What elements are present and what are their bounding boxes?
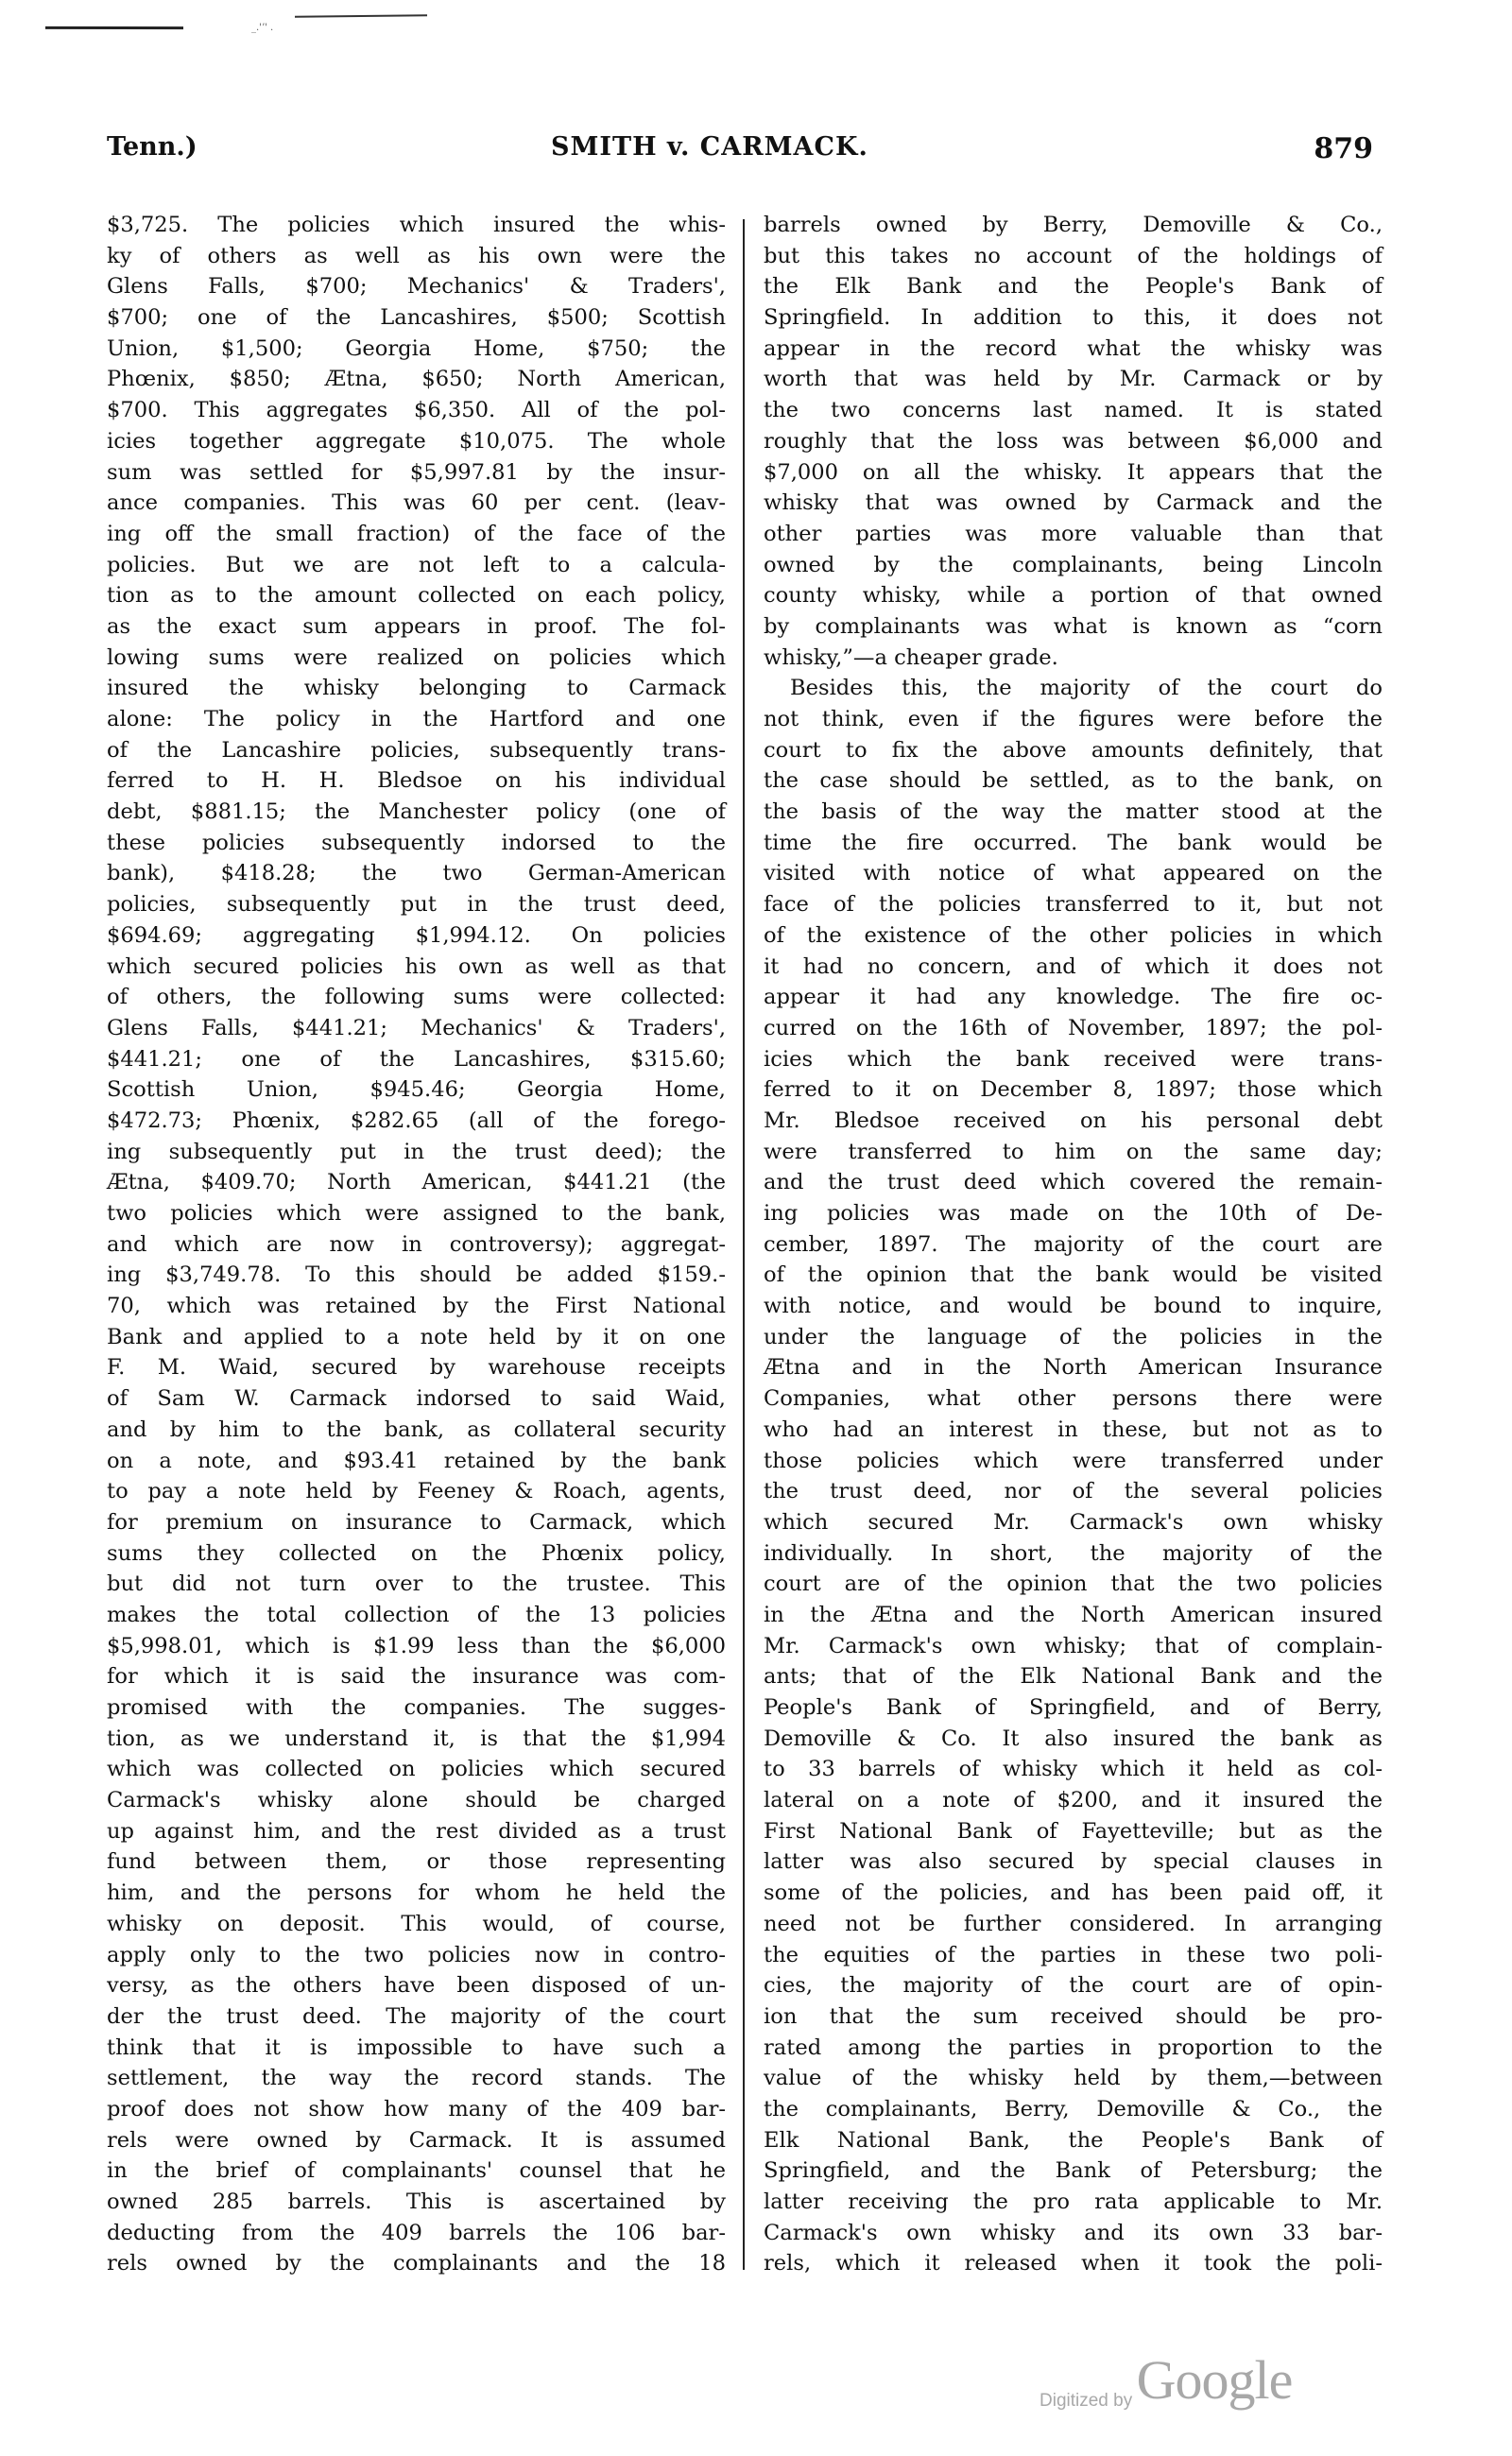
text-line: Springfield, and the Bank of Petersburg;… (764, 2155, 1383, 2187)
text-line: Ætna, $409.70; North American, $441.21 (… (107, 1167, 726, 1198)
text-line: rels, which it released when it took the… (764, 2248, 1383, 2279)
text-line: were transferred to him on the same day; (764, 1137, 1383, 1168)
text-line: in the brief of complainants' counsel th… (107, 2155, 726, 2187)
text-line: debt, $881.15; the Manchester policy (on… (107, 797, 726, 828)
text-line: Union, $1,500; Georgia Home, $750; the (107, 334, 726, 365)
text-line: ants; that of the Elk National Bank and … (764, 1661, 1383, 1692)
text-line: $7,000 on all the whisky. It appears tha… (764, 457, 1383, 489)
text-line: owned 285 barrels. This is ascertained b… (107, 2187, 726, 2218)
text-line: proof does not show how many of the 409 … (107, 2094, 726, 2125)
text-line: Bank and applied to a note held by it on… (107, 1322, 726, 1353)
right-text-column: barrels owned by Berry, Demoville & Co.,… (764, 210, 1383, 2279)
text-line: for which it is said the insurance was c… (107, 1661, 726, 1692)
text-line: Carmack's whisky alone should be charged (107, 1785, 726, 1816)
text-line: ing $3,749.78. To this should be added $… (107, 1260, 726, 1291)
text-line: whisky that was owned by Carmack and the (764, 488, 1383, 519)
text-line: court to fix the above amounts definitel… (764, 735, 1383, 766)
text-line: apply only to the two policies now in co… (107, 1940, 726, 1971)
text-line: to pay a note held by Feeney & Roach, ag… (107, 1476, 726, 1507)
text-line: der the trust deed. The majority of the … (107, 2001, 726, 2033)
text-line: deducting from the 409 barrels the 106 b… (107, 2218, 726, 2249)
text-line: 70, which was retained by the First Nati… (107, 1291, 726, 1322)
text-line: the Elk Bank and the People's Bank of (764, 271, 1383, 302)
text-line: $472.73; Phœnix, $282.65 (all of the for… (107, 1106, 726, 1137)
text-line: whisky on deposit. This would, of course… (107, 1909, 726, 1940)
text-line: tion as to the amount collected on each … (107, 580, 726, 611)
header-jurisdiction: Tenn.) (107, 132, 198, 162)
text-line: Scottish Union, $945.46; Georgia Home, (107, 1074, 726, 1106)
scan-artifact-line-left (45, 26, 183, 29)
text-line: Elk National Bank, the People's Bank of (764, 2125, 1383, 2156)
text-line: of others, the following sums were colle… (107, 982, 726, 1013)
text-line: under the language of the policies in th… (764, 1322, 1383, 1353)
text-line: icies which the bank received were trans… (764, 1044, 1383, 1075)
text-line: cember, 1897. The majority of the court … (764, 1229, 1383, 1261)
text-line: the case should be settled, as to the ba… (764, 765, 1383, 797)
text-line: the two concerns last named. It is state… (764, 395, 1383, 426)
text-line: $5,998.01, which is $1.99 less than the … (107, 1631, 726, 1662)
text-line: two policies which were assigned to the … (107, 1198, 726, 1229)
text-line: and which are now in controversy); aggre… (107, 1229, 726, 1261)
text-line: Mr. Carmack's own whisky; that of compla… (764, 1631, 1383, 1662)
text-line: F. M. Waid, secured by warehouse receipt… (107, 1352, 726, 1383)
text-line: $694.69; aggregating $1,994.12. On polic… (107, 920, 726, 952)
text-line: Ætna and in the North American Insurance (764, 1352, 1383, 1383)
text-line: rels were owned by Carmack. It is assume… (107, 2125, 726, 2156)
text-line: but this takes no account of the holding… (764, 241, 1383, 272)
text-line: time the fire occurred. The bank would b… (764, 828, 1383, 859)
text-line: up against him, and the rest divided as … (107, 1816, 726, 1847)
text-line: which secured policies his own as well a… (107, 952, 726, 983)
text-line: worth that was held by Mr. Carmack or by (764, 364, 1383, 395)
digitized-by-google-watermark: Digitized by Google (1039, 2348, 1292, 2412)
text-line: value of the whisky held by them,—betwee… (764, 2063, 1383, 2094)
text-line: roughly that the loss was between $6,000… (764, 426, 1383, 457)
text-line: Springfield. In addition to this, it doe… (764, 302, 1383, 334)
text-line: of the Lancashire policies, subsequently… (107, 735, 726, 766)
text-line: as the exact sum appears in proof. The f… (107, 611, 726, 643)
text-line: barrels owned by Berry, Demoville & Co., (764, 210, 1383, 241)
text-line: those policies which were transferred un… (764, 1446, 1383, 1477)
text-line: of the opinion that the bank would be vi… (764, 1260, 1383, 1291)
text-line: $441.21; one of the Lancashires, $315.60… (107, 1044, 726, 1075)
text-line: lateral on a note of $200, and it insure… (764, 1785, 1383, 1816)
text-line: latter receiving the pro rata applicable… (764, 2187, 1383, 2218)
left-text-column: $3,725. The policies which insured the w… (107, 210, 726, 2279)
header-case-title: SMITH v. CARMACK. (551, 132, 868, 162)
text-line: the equities of the parties in these two… (764, 1940, 1383, 1971)
text-line: ky of others as well as his own were the (107, 241, 726, 272)
text-line: by complainants was what is known as “co… (764, 611, 1383, 643)
text-line: think that it is impossible to have such… (107, 2033, 726, 2064)
text-line: need not be further considered. In arran… (764, 1909, 1383, 1940)
text-line: who had an interest in these, but not as… (764, 1415, 1383, 1446)
text-line: lowing sums were realized on policies wh… (107, 643, 726, 674)
text-line: owned by the complainants, being Lincoln (764, 550, 1383, 581)
text-line: of the existence of the other policies i… (764, 920, 1383, 952)
text-line: in the Ætna and the North American insur… (764, 1600, 1383, 1631)
text-line: it had no concern, and of which it does … (764, 952, 1383, 983)
text-line: other parties was more valuable than tha… (764, 519, 1383, 550)
text-line: Besides this, the majority of the court … (764, 673, 1383, 704)
text-line: and the trust deed which covered the rem… (764, 1167, 1383, 1198)
text-line: the trust deed, nor of the several polic… (764, 1476, 1383, 1507)
text-line: $700. This aggregates $6,350. All of the… (107, 395, 726, 426)
text-line: some of the policies, and has been paid … (764, 1878, 1383, 1909)
text-line: the complainants, Berry, Demoville & Co.… (764, 2094, 1383, 2125)
column-divider (743, 219, 745, 2270)
text-line: which secured Mr. Carmack's own whisky (764, 1507, 1383, 1538)
text-line: sums they collected on the Phœnix policy… (107, 1538, 726, 1570)
text-line: Glens Falls, $700; Mechanics' & Traders'… (107, 271, 726, 302)
page-number: 879 (1314, 132, 1373, 165)
text-line: tion, as we understand it, is that the $… (107, 1724, 726, 1755)
text-line: of Sam W. Carmack indorsed to said Waid, (107, 1383, 726, 1415)
text-line: curred on the 16th of November, 1897; th… (764, 1013, 1383, 1044)
watermark-prefix: Digitized by (1039, 2391, 1132, 2411)
text-line: not think, even if the figures were befo… (764, 704, 1383, 735)
text-line: whisky,”—a cheaper grade. (764, 643, 1383, 674)
text-line: but did not turn over to the trustee. Th… (107, 1569, 726, 1600)
text-line: on a note, and $93.41 retained by the ba… (107, 1446, 726, 1477)
text-line: rels owned by the complainants and the 1… (107, 2248, 726, 2279)
text-line: Carmack's own whisky and its own 33 bar- (764, 2218, 1383, 2249)
text-line: policies, subsequently put in the trust … (107, 889, 726, 920)
text-line: the basis of the way the matter stood at… (764, 797, 1383, 828)
text-line: Demoville & Co. It also insured the bank… (764, 1724, 1383, 1755)
text-line: ance companies. This was 60 per cent. (l… (107, 488, 726, 519)
google-logo-text: Google (1137, 2349, 1293, 2411)
text-line: makes the total collection of the 13 pol… (107, 1600, 726, 1631)
text-line: visited with notice of what appeared on … (764, 858, 1383, 889)
text-line: appear in the record what the whisky was (764, 334, 1383, 365)
text-line: Glens Falls, $441.21; Mechanics' & Trade… (107, 1013, 726, 1044)
text-line: $700; one of the Lancashires, $500; Scot… (107, 302, 726, 334)
text-line: latter was also secured by special claus… (764, 1846, 1383, 1878)
text-line: sum was settled for $5,997.81 by the ins… (107, 457, 726, 489)
text-line: to 33 barrels of whisky which it held as… (764, 1754, 1383, 1785)
text-line: county whisky, while a portion of that o… (764, 580, 1383, 611)
text-line: rated among the parties in proportion to… (764, 2033, 1383, 2064)
text-line: appear it had any knowledge. The fire oc… (764, 982, 1383, 1013)
text-line: $3,725. The policies which insured the w… (107, 210, 726, 241)
text-line: icies together aggregate $10,075. The wh… (107, 426, 726, 457)
text-line: Mr. Bledsoe received on his personal deb… (764, 1106, 1383, 1137)
running-header: Tenn.) SMITH v. CARMACK. 879 (107, 132, 1383, 170)
text-line: him, and the persons for whom he held th… (107, 1878, 726, 1909)
text-line: bank), $418.28; the two German-American (107, 858, 726, 889)
text-line: court are of the opinion that the two po… (764, 1569, 1383, 1600)
text-line: these policies subsequently indorsed to … (107, 828, 726, 859)
scan-artifact-line-right (295, 14, 427, 17)
text-line: alone: The policy in the Hartford and on… (107, 704, 726, 735)
text-line: ing subsequently put in the trust deed);… (107, 1137, 726, 1168)
scan-artifact-mark: _.'ʼ' . (251, 23, 273, 33)
text-line: for premium on insurance to Carmack, whi… (107, 1507, 726, 1538)
text-line: ing policies was made on the 10th of De- (764, 1198, 1383, 1229)
text-line: cies, the majority of the court are of o… (764, 1970, 1383, 2001)
text-line: Phœnix, $850; Ætna, $650; North American… (107, 364, 726, 395)
text-line: versy, as the others have been disposed … (107, 1970, 726, 2001)
text-line: settlement, the way the record stands. T… (107, 2063, 726, 2094)
text-line: ferred to it on December 8, 1897; those … (764, 1074, 1383, 1106)
text-line: ion that the sum received should be pro- (764, 2001, 1383, 2033)
text-line: face of the policies transferred to it, … (764, 889, 1383, 920)
text-line: fund between them, or those representing (107, 1846, 726, 1878)
text-line: ferred to H. H. Bledsoe on his individua… (107, 765, 726, 797)
text-line: People's Bank of Springfield, and of Ber… (764, 1692, 1383, 1724)
text-line: First National Bank of Fayetteville; but… (764, 1816, 1383, 1847)
text-line: and by him to the bank, as collateral se… (107, 1415, 726, 1446)
text-line: policies. But we are not left to a calcu… (107, 550, 726, 581)
text-line: individually. In short, the majority of … (764, 1538, 1383, 1570)
text-line: promised with the companies. The sugges- (107, 1692, 726, 1724)
text-line: ing off the small fraction) of the face … (107, 519, 726, 550)
text-line: which was collected on policies which se… (107, 1754, 726, 1785)
text-line: with notice, and would be bound to inqui… (764, 1291, 1383, 1322)
text-line: Companies, what other persons there were (764, 1383, 1383, 1415)
text-line: insured the whisky belonging to Carmack (107, 673, 726, 704)
